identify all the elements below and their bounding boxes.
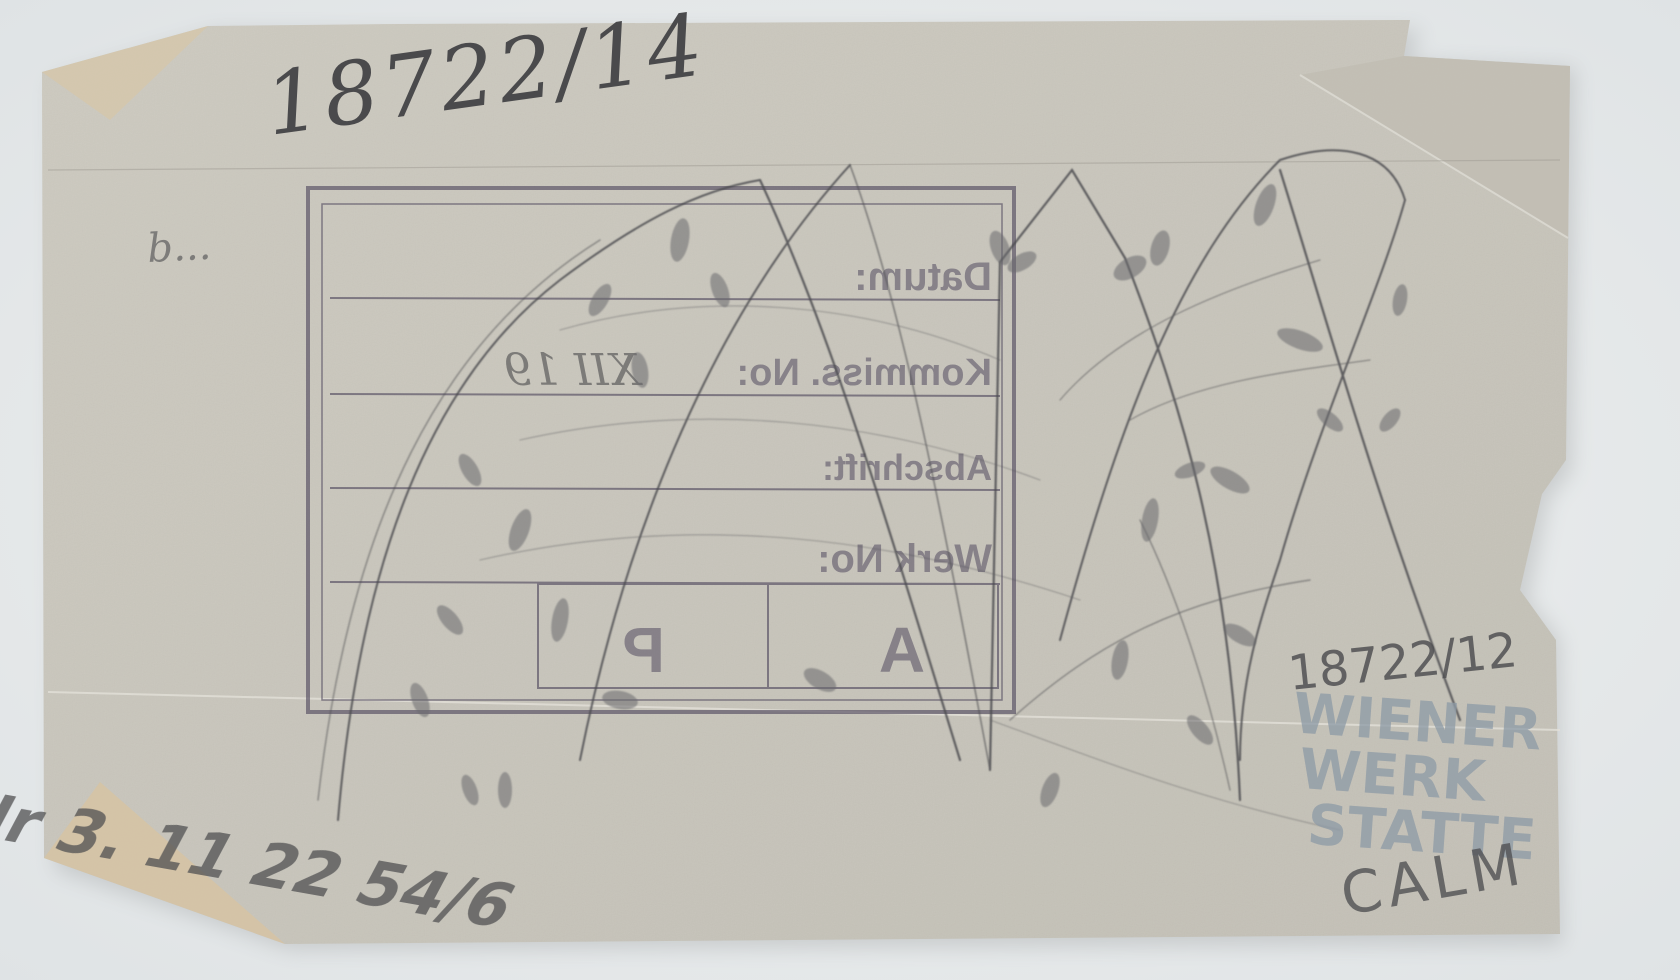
artwork-photo: Datum: Kommiss. No: Abschrift: Werk No: … — [0, 0, 1680, 980]
stamp-row-abschrift: Abschrift: — [822, 447, 992, 488]
stamp-row-datum: Datum: — [854, 255, 992, 299]
stamp-box-p: P — [622, 614, 665, 686]
stamp-row-kommission: Kommiss. No: — [737, 352, 992, 394]
pencil-note-left: b... — [146, 223, 212, 272]
stamp-handwritten-date: XII 19 — [504, 345, 643, 396]
